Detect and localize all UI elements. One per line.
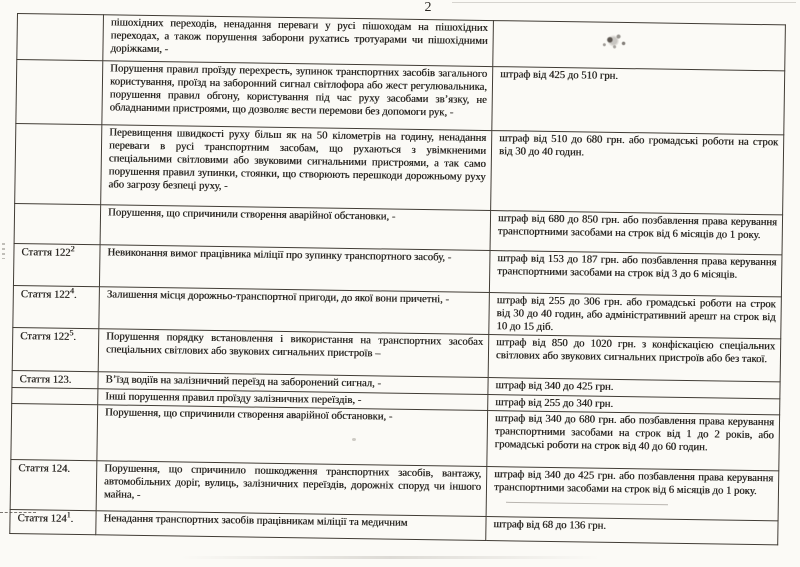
offense-cell: пішохідних переходів, ненадання переваги… [103,15,494,67]
scan-edge-line [452,2,796,3]
ink-smudge [599,31,631,51]
offense-cell: Порушення порядку встановлення і викорис… [98,329,489,378]
offense-text: Порушення порядку встановлення і викорис… [106,330,483,362]
penalty-text: штраф від 680 до 850 грн. або позбавленн… [498,212,777,242]
article-cell [15,123,102,204]
offense-text: Порушення, що спричинили створення аварі… [105,406,482,425]
penalty-cell: штраф від 510 до 680 грн. або громадські… [491,131,784,215]
offense-text: пішохідних переходів, ненадання переваги… [110,16,488,61]
article-label-suffix: . [74,289,77,301]
penalty-cell: штраф від 255 до 306 грн. або громадські… [489,293,782,339]
penalty-text: штраф від 153 до 187 грн. або позбавленн… [497,252,776,282]
article-label: Стаття 122 [21,246,70,259]
offense-text: Порушення правил проїзду перехресть, зуп… [110,62,488,120]
table-row: Перевищення швидкості руху більш як на 5… [15,123,784,214]
article-cell [12,387,98,404]
offense-text: Перевищення швидкості руху більш як на 5… [108,126,486,197]
penalty-cell: штраф від 425 до 510 грн. [492,67,785,135]
article-cell: Стаття 123. [12,370,98,388]
article-label: Стаття 124 [17,512,66,525]
penalty-text [501,49,780,53]
penalty-cell: штраф від 340 до 425 грн. або позбавленн… [486,467,779,521]
penalty-cell: штраф від 68 до 136 грн. [486,517,778,545]
offense-cell: Ненадання транспортних засобів працівник… [96,511,486,541]
penalty-cell: штраф від 153 до 187 грн. або позбавленн… [489,251,782,297]
offense-cell: Порушення, що спричинило пошкодження тра… [96,461,487,517]
offense-table: пішохідних переходів, ненадання переваги… [9,13,786,545]
article-cell [17,14,104,61]
offense-cell: Залишення місця дорожньо-транспортної пр… [99,287,490,335]
penalty-text: штраф від 340 до 680 грн. або позбавленн… [495,412,775,455]
offense-cell: Порушення, що спричинили створення аварі… [100,205,491,251]
table-row: Порушення правил проїзду перехресть, зуп… [16,60,785,135]
article-cell: Стаття 1224. [13,285,100,328]
penalty-text: штраф від 425 до 510 грн. [500,68,779,85]
article-label-suffix: . [70,513,73,525]
article-label: Стаття 122 [20,330,69,343]
offense-cell: Порушення правил проїзду перехресть, зуп… [102,61,493,131]
penalty-text: штраф від 68 до 136 грн. [493,518,772,535]
article-label: Стаття 124. [18,462,70,475]
penalty-cell: штраф від 850 до 1020 грн. з конфіскаціє… [488,335,781,382]
scan-bottom-smear [180,556,600,559]
offense-text: Невиконання вимог працівника міліції про… [107,246,484,265]
penalty-text: штраф від 510 до 680 грн. або громадські… [499,132,778,162]
article-label: Стаття 123. [19,373,71,386]
scan-margin-dots [2,243,5,259]
page-number: 2 [412,0,444,16]
offense-text: Порушення, що спричинили створення аварі… [108,206,485,225]
offense-cell: Невиконання вимог працівника міліції про… [99,245,490,293]
article-cell: Стаття 1222 [13,243,100,286]
article-cell [14,203,101,244]
penalty-cell: штраф від 340 до 680 грн. або позбавленн… [487,411,780,471]
article-cell [11,403,98,460]
article-label-suffix: . [73,331,76,343]
article-cell: Стаття 1225. [12,327,99,371]
article-label: Стаття 122 [21,288,70,301]
article-cell: Стаття 1241. [10,509,96,534]
article-superscript: 2 [71,244,75,253]
penalty-text: штраф від 340 до 425 грн. або позбавленн… [494,468,773,498]
penalty-cell [493,21,786,71]
offense-text: Залишення місця дорожньо-транспортної пр… [107,288,484,307]
offense-cell: Порушення, що спричинили створення аварі… [97,405,488,467]
article-cell: Стаття 124. [10,459,97,510]
offense-text: Ненадання транспортних засобів працівник… [103,512,480,531]
penalty-text: штраф від 255 до 306 грн. або громадські… [496,294,776,337]
offense-table-body: пішохідних переходів, ненадання переваги… [10,14,786,545]
penalty-cell: штраф від 680 до 850 грн. або позбавленн… [490,211,783,255]
offense-text: Порушення, що спричинило пошкодження тра… [104,462,482,507]
article-cell [16,60,103,125]
offense-table-wrapper: пішохідних переходів, ненадання переваги… [9,13,786,545]
penalty-text: штраф від 850 до 1020 грн. з конфіскаціє… [496,336,775,366]
penalty-text: штраф від 340 до 425 грн. [495,379,774,396]
offense-cell: Перевищення швидкості руху більш як на 5… [101,125,492,211]
